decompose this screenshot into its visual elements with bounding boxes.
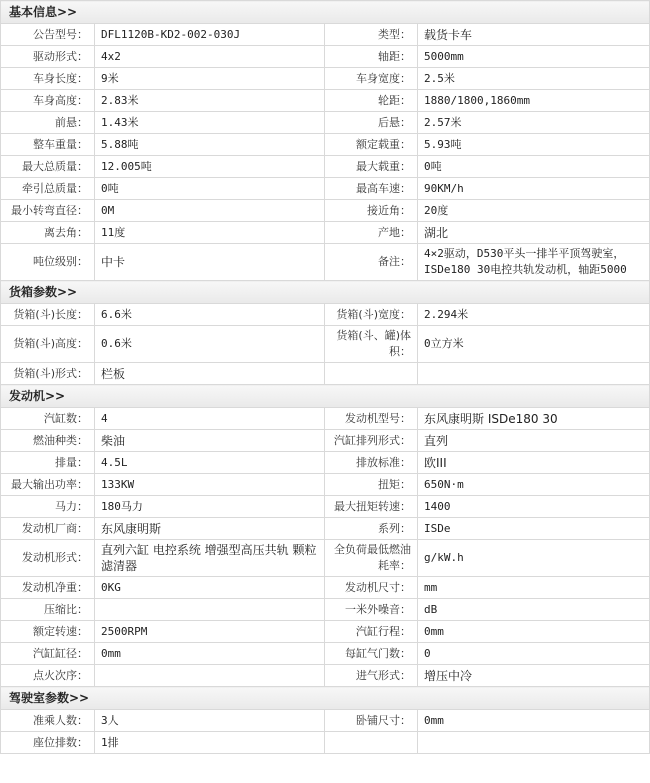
vehicle-spec-table: 基本信息>>公告型号：DFL1120B-KD2-002-030J类型：载货卡车驱… bbox=[0, 0, 650, 754]
spec-row: 发动机形式：直列六缸 电控系统 增强型高压共轨 颗粒滤清器全负荷最低燃油耗率：g… bbox=[1, 540, 650, 577]
spec-row: 最小转弯直径：0M接近角：20度 bbox=[1, 200, 650, 222]
section-header: 发动机>> bbox=[1, 385, 650, 408]
spec-label: 额定转速： bbox=[1, 621, 95, 643]
spec-value: 2.294米 bbox=[418, 304, 650, 326]
spec-value: 0M bbox=[95, 200, 325, 222]
spec-row: 燃油种类：柴油汽缸排列形式：直列 bbox=[1, 430, 650, 452]
spec-label: 牵引总质量： bbox=[1, 178, 95, 200]
spec-value: 20度 bbox=[418, 200, 650, 222]
spec-row: 整车重量：5.88吨额定载重：5.93吨 bbox=[1, 134, 650, 156]
spec-label: 整车重量： bbox=[1, 134, 95, 156]
spec-label: 车身长度： bbox=[1, 68, 95, 90]
spec-value: 直列 bbox=[418, 430, 650, 452]
section-title: 发动机>> bbox=[1, 385, 650, 408]
spec-value: 4.5L bbox=[95, 452, 325, 474]
spec-label: 类型： bbox=[325, 24, 418, 46]
spec-label: 汽缸排列形式： bbox=[325, 430, 418, 452]
spec-label: 压缩比： bbox=[1, 599, 95, 621]
spec-row: 车身长度：9米车身宽度：2.5米 bbox=[1, 68, 650, 90]
spec-value: 5000mm bbox=[418, 46, 650, 68]
spec-label: 发动机尺寸： bbox=[325, 577, 418, 599]
spec-row: 马力：180马力最大扭矩转速：1400 bbox=[1, 496, 650, 518]
spec-row: 额定转速：2500RPM汽缸行程：0mm bbox=[1, 621, 650, 643]
spec-row: 最大输出功率：133KW扭矩：650N·m bbox=[1, 474, 650, 496]
spec-label: 驱动形式： bbox=[1, 46, 95, 68]
spec-row: 离去角：11度产地：湖北 bbox=[1, 222, 650, 244]
spec-label: 马力： bbox=[1, 496, 95, 518]
spec-row: 点火次序：进气形式：增压中冷 bbox=[1, 665, 650, 687]
spec-value: 90KM/h bbox=[418, 178, 650, 200]
section-header: 基本信息>> bbox=[1, 1, 650, 24]
spec-row: 发动机净重：0KG发动机尺寸：mm bbox=[1, 577, 650, 599]
spec-row: 驱动形式：4x2轴距：5000mm bbox=[1, 46, 650, 68]
spec-label: 货箱(斗、罐)体积： bbox=[325, 326, 418, 363]
spec-value: 650N·m bbox=[418, 474, 650, 496]
spec-value: 4 bbox=[95, 408, 325, 430]
section-title: 驾驶室参数>> bbox=[1, 687, 650, 710]
spec-row: 压缩比：一米外噪音：dB bbox=[1, 599, 650, 621]
spec-value bbox=[95, 665, 325, 687]
spec-value: 湖北 bbox=[418, 222, 650, 244]
section-title: 货箱参数>> bbox=[1, 281, 650, 304]
spec-row: 最大总质量：12.005吨最大载重：0吨 bbox=[1, 156, 650, 178]
spec-value: 中卡 bbox=[95, 244, 325, 281]
spec-label: 最小转弯直径： bbox=[1, 200, 95, 222]
spec-value: 4×2驱动，D530平头一排半平顶驾驶室，ISDe180 30电控共轨发动机，轴… bbox=[418, 244, 650, 281]
spec-label: 离去角： bbox=[1, 222, 95, 244]
spec-value: mm bbox=[418, 577, 650, 599]
spec-label: 扭矩： bbox=[325, 474, 418, 496]
spec-label bbox=[325, 732, 418, 754]
spec-value: 6.6米 bbox=[95, 304, 325, 326]
spec-row: 发动机厂商：东风康明斯系列：ISDe bbox=[1, 518, 650, 540]
spec-value: 1400 bbox=[418, 496, 650, 518]
spec-value: 2.5米 bbox=[418, 68, 650, 90]
spec-label: 准乘人数： bbox=[1, 710, 95, 732]
spec-row: 前悬：1.43米后悬：2.57米 bbox=[1, 112, 650, 134]
spec-value: DFL1120B-KD2-002-030J bbox=[95, 24, 325, 46]
spec-label: 备注： bbox=[325, 244, 418, 281]
spec-value: 欧III bbox=[418, 452, 650, 474]
spec-label: 接近角： bbox=[325, 200, 418, 222]
spec-label: 后悬： bbox=[325, 112, 418, 134]
spec-value: 4x2 bbox=[95, 46, 325, 68]
spec-label: 系列： bbox=[325, 518, 418, 540]
spec-label: 货箱(斗)高度： bbox=[1, 326, 95, 363]
spec-label: 前悬： bbox=[1, 112, 95, 134]
spec-label: 最大输出功率： bbox=[1, 474, 95, 496]
spec-label: 燃油种类： bbox=[1, 430, 95, 452]
spec-value: 东风康明斯 bbox=[95, 518, 325, 540]
spec-value: 柴油 bbox=[95, 430, 325, 452]
spec-value bbox=[95, 599, 325, 621]
spec-value: 12.005吨 bbox=[95, 156, 325, 178]
spec-label: 每缸气门数： bbox=[325, 643, 418, 665]
spec-row: 货箱(斗)形式：栏板 bbox=[1, 363, 650, 385]
spec-value: ISDe bbox=[418, 518, 650, 540]
spec-row: 吨位级别：中卡备注：4×2驱动，D530平头一排半平顶驾驶室，ISDe180 3… bbox=[1, 244, 650, 281]
spec-value: 直列六缸 电控系统 增强型高压共轨 颗粒滤清器 bbox=[95, 540, 325, 577]
spec-value: 0mm bbox=[95, 643, 325, 665]
spec-row: 座位排数：1排 bbox=[1, 732, 650, 754]
spec-label: 轮距： bbox=[325, 90, 418, 112]
spec-value: 3人 bbox=[95, 710, 325, 732]
spec-value: 2500RPM bbox=[95, 621, 325, 643]
spec-value: 5.93吨 bbox=[418, 134, 650, 156]
spec-label: 吨位级别： bbox=[1, 244, 95, 281]
spec-label: 产地： bbox=[325, 222, 418, 244]
spec-label: 最大扭矩转速： bbox=[325, 496, 418, 518]
spec-value: 0.6米 bbox=[95, 326, 325, 363]
spec-label: 汽缸缸径： bbox=[1, 643, 95, 665]
spec-label: 座位排数： bbox=[1, 732, 95, 754]
spec-value: 增压中冷 bbox=[418, 665, 650, 687]
spec-row: 汽缸数：4发动机型号：东风康明斯 ISDe180 30 bbox=[1, 408, 650, 430]
spec-row: 车身高度：2.83米轮距：1880/1800,1860mm bbox=[1, 90, 650, 112]
spec-label: 进气形式： bbox=[325, 665, 418, 687]
spec-row: 准乘人数：3人卧铺尺寸：0mm bbox=[1, 710, 650, 732]
spec-value: 180马力 bbox=[95, 496, 325, 518]
spec-label: 最大总质量： bbox=[1, 156, 95, 178]
spec-value: 0KG bbox=[95, 577, 325, 599]
spec-value: 2.57米 bbox=[418, 112, 650, 134]
spec-value: 5.88吨 bbox=[95, 134, 325, 156]
spec-label: 卧铺尺寸： bbox=[325, 710, 418, 732]
spec-label: 公告型号： bbox=[1, 24, 95, 46]
spec-row: 汽缸缸径：0mm每缸气门数：0 bbox=[1, 643, 650, 665]
spec-value: 0mm bbox=[418, 710, 650, 732]
spec-label: 最大载重： bbox=[325, 156, 418, 178]
spec-label: 发动机净重： bbox=[1, 577, 95, 599]
spec-row: 货箱(斗)长度：6.6米货箱(斗)宽度：2.294米 bbox=[1, 304, 650, 326]
spec-row: 排量：4.5L排放标准：欧III bbox=[1, 452, 650, 474]
spec-row: 货箱(斗)高度：0.6米货箱(斗、罐)体积：0立方米 bbox=[1, 326, 650, 363]
spec-value: 0立方米 bbox=[418, 326, 650, 363]
spec-value: 1880/1800,1860mm bbox=[418, 90, 650, 112]
spec-label: 最高车速： bbox=[325, 178, 418, 200]
spec-label: 车身高度： bbox=[1, 90, 95, 112]
spec-value: 0mm bbox=[418, 621, 650, 643]
section-title: 基本信息>> bbox=[1, 1, 650, 24]
spec-label: 货箱(斗)长度： bbox=[1, 304, 95, 326]
spec-label: 车身宽度： bbox=[325, 68, 418, 90]
spec-label: 轴距： bbox=[325, 46, 418, 68]
spec-value bbox=[418, 363, 650, 385]
spec-value: g/kW.h bbox=[418, 540, 650, 577]
spec-value bbox=[418, 732, 650, 754]
spec-label: 发动机形式： bbox=[1, 540, 95, 577]
spec-row: 公告型号：DFL1120B-KD2-002-030J类型：载货卡车 bbox=[1, 24, 650, 46]
spec-label: 额定载重： bbox=[325, 134, 418, 156]
spec-value: 1.43米 bbox=[95, 112, 325, 134]
spec-value: dB bbox=[418, 599, 650, 621]
spec-label: 排放标准： bbox=[325, 452, 418, 474]
spec-value: 9米 bbox=[95, 68, 325, 90]
spec-label: 排量： bbox=[1, 452, 95, 474]
spec-label: 货箱(斗)宽度： bbox=[325, 304, 418, 326]
spec-label: 货箱(斗)形式： bbox=[1, 363, 95, 385]
section-header: 驾驶室参数>> bbox=[1, 687, 650, 710]
spec-label: 一米外噪音： bbox=[325, 599, 418, 621]
spec-value: 0 bbox=[418, 643, 650, 665]
spec-value: 栏板 bbox=[95, 363, 325, 385]
spec-label: 全负荷最低燃油耗率： bbox=[325, 540, 418, 577]
spec-value: 0吨 bbox=[418, 156, 650, 178]
spec-row: 牵引总质量：0吨最高车速：90KM/h bbox=[1, 178, 650, 200]
spec-value: 东风康明斯 ISDe180 30 bbox=[418, 408, 650, 430]
spec-label: 发动机型号： bbox=[325, 408, 418, 430]
spec-label: 点火次序： bbox=[1, 665, 95, 687]
spec-value: 0吨 bbox=[95, 178, 325, 200]
spec-value: 1排 bbox=[95, 732, 325, 754]
spec-value: 载货卡车 bbox=[418, 24, 650, 46]
spec-label bbox=[325, 363, 418, 385]
spec-label: 发动机厂商： bbox=[1, 518, 95, 540]
spec-value: 133KW bbox=[95, 474, 325, 496]
spec-value: 11度 bbox=[95, 222, 325, 244]
spec-value: 2.83米 bbox=[95, 90, 325, 112]
section-header: 货箱参数>> bbox=[1, 281, 650, 304]
spec-label: 汽缸行程： bbox=[325, 621, 418, 643]
spec-label: 汽缸数： bbox=[1, 408, 95, 430]
